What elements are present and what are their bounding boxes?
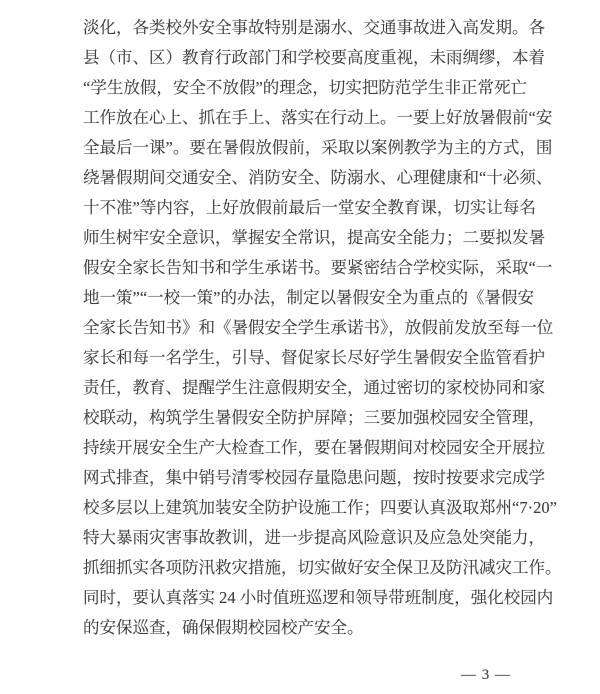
- text-line: 县（市、区）教育行政部门和学校要高度重视，未雨绸缪，本着: [83, 43, 527, 73]
- text-line: 持续开展安全生产大检查工作，要在暑假期间对校园安全开展拉: [83, 433, 527, 463]
- text-line: 同时，要认真落实 24 小时值班巡逻和领导带班制度，强化校园内: [83, 583, 527, 613]
- text-line: 抓细抓实各项防汛救灾措施，切实做好安全保卫及防汛减灾工作。: [83, 553, 527, 583]
- text-line: 师生树牢安全意识，掌握安全常识，提高安全能力；二要拟发暑: [83, 223, 527, 253]
- page-number: — 3 —: [458, 663, 514, 687]
- text-line: 责任，教育、提醒学生注意假期安全，通过密切的家校协同和家: [83, 373, 527, 403]
- text-line: 网式排查，集中销号清零校园存量隐患问题，按时按要求完成学: [83, 463, 527, 493]
- text-line: 假安全家长告知书和学生承诺书。要紧密结合学校实际，采取“一: [83, 253, 527, 283]
- text-line: 校多层以上建筑加装安全防护设施工作；四要认真汲取郑州“7·20”: [83, 493, 527, 523]
- text-line: “学生放假，安全不放假”的理念，切实把防范学生非正常死亡: [83, 73, 527, 103]
- text-line: 淡化，各类校外安全事故特别是溺水、交通事故进入高发期。各: [83, 13, 527, 43]
- text-line: 绕暑假期间交通安全、消防安全、防溺水、心理健康和“十必须、: [83, 163, 527, 193]
- document-page: 淡化，各类校外安全事故特别是溺水、交通事故进入高发期。各 县（市、区）教育行政部…: [0, 0, 600, 694]
- text-line: 全最后一课”。要在暑假放假前，采取以案例教学为主的方式，围: [83, 133, 527, 163]
- text-line: 校联动，构筑学生暑假安全防护屏障；三要加强校园安全管理，: [83, 403, 527, 433]
- text-line: 十不准”等内容，上好放假前最后一堂安全教育课，切实让每名: [83, 193, 527, 223]
- text-line: 全家长告知书》和《暑假安全学生承诺书》，放假前发放至每一位: [83, 313, 527, 343]
- text-line: 特大暴雨灾害事故教训，进一步提高风险意识及应急处突能力，: [83, 523, 527, 553]
- text-line: 工作放在心上、抓在手上、落实在行动上。一要上好放暑假前“安: [83, 103, 527, 133]
- text-line: 的安保巡查，确保假期校园校产安全。: [83, 613, 527, 643]
- document-body: 淡化，各类校外安全事故特别是溺水、交通事故进入高发期。各 县（市、区）教育行政部…: [83, 13, 527, 643]
- text-line: 家长和每一名学生，引导、督促家长尽好学生暑假安全监管看护: [83, 343, 527, 373]
- text-line: 地一策”“一校一策”的办法，制定以暑假安全为重点的《暑假安: [83, 283, 527, 313]
